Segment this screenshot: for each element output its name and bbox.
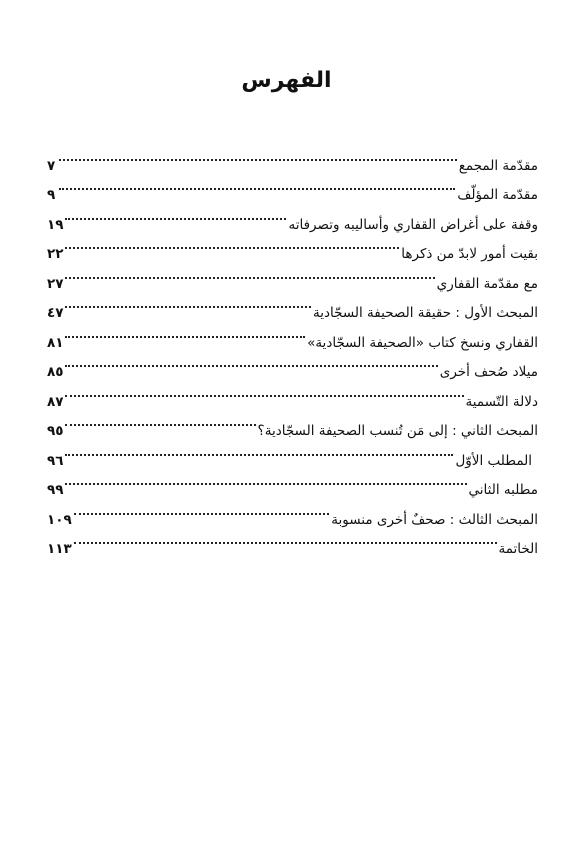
dot-leader: [65, 317, 305, 347]
toc-entry: مقدّمة المجمع ٧: [47, 140, 538, 170]
toc-entry-page: ٨١: [47, 329, 65, 359]
dot-leader: [65, 376, 463, 406]
dot-leader: [59, 170, 455, 200]
dot-leader: [65, 347, 437, 377]
toc-entry-page: ٩٦: [47, 447, 65, 477]
toc-entry-page: ١١٣: [47, 535, 74, 565]
toc-entry-page: ٩٩: [47, 476, 65, 506]
document-page: الفهرس مقدّمة المجمع ٧ مقدّمة المؤلّف ٩ …: [0, 0, 573, 854]
toc-entry-page: ٢٢: [47, 240, 65, 270]
toc-entry-page: ٤٧: [47, 299, 65, 329]
dot-leader: [65, 258, 434, 288]
toc-entry-page: ٩: [47, 181, 59, 211]
dot-leader: [74, 494, 330, 524]
dot-leader: [65, 229, 399, 259]
table-of-contents: مقدّمة المجمع ٧ مقدّمة المؤلّف ٩ وقفة عل…: [47, 140, 538, 553]
toc-entry-label: مع مقدّمة القفاري: [435, 270, 538, 300]
toc-entry-page: ٧: [47, 152, 59, 182]
toc-entry: المبحث الثالث : صحفٌ أخرى منسوبة ١٠٩: [47, 494, 538, 524]
toc-entry-page: ١٠٩: [47, 506, 74, 536]
dot-leader: [65, 465, 466, 495]
toc-entry: مطلبه الثاني ٩٩: [47, 465, 538, 495]
dot-leader: [65, 199, 286, 229]
toc-entry-page: ٨٧: [47, 388, 65, 418]
toc-entry-label: مطلبه الثاني: [467, 476, 538, 506]
toc-entry-label: دلالة التّسمية: [464, 388, 538, 418]
toc-entry-page: ١٩: [47, 211, 65, 241]
toc-entry-label: المبحث الأول : حقيقة الصحيفة السجّادية: [311, 299, 538, 329]
toc-entry-page: ٨٥: [47, 358, 65, 388]
dot-leader: [65, 288, 311, 318]
dot-leader: [65, 406, 255, 436]
dot-leader: [65, 435, 453, 465]
toc-entry-label: مقدّمة المؤلّف: [455, 181, 538, 211]
dot-leader: [74, 524, 497, 554]
toc-entry-page: ٩٥: [47, 417, 65, 447]
toc-entry: الخاتمة ١١٣: [47, 524, 538, 554]
toc-entry-label: الخاتمة: [497, 535, 539, 565]
toc-entry-label: مقدّمة المجمع: [457, 152, 538, 182]
dot-leader: [59, 140, 457, 170]
toc-entry-page: ٢٧: [47, 270, 65, 300]
page-title: الفهرس: [0, 68, 573, 93]
